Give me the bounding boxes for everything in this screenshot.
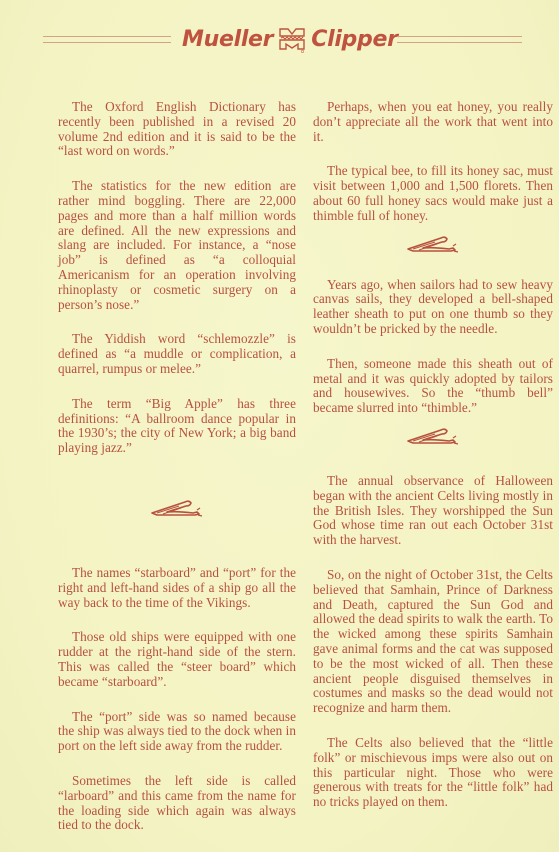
brand-title: Mueller Clipper — [182, 22, 398, 56]
paragraph-big-apple: The term “Big Apple” has three definitio… — [58, 397, 296, 456]
paragraph-schlemozzle: The Yiddish word “schlemozzle” is define… — [58, 332, 296, 376]
paragraph-bee-florets: The typical bee, to fill its honey sac, … — [313, 164, 553, 223]
alligator-clip-icon — [149, 498, 205, 518]
header-rule-left — [43, 36, 171, 43]
right-column: Perhaps, when you eat honey, you really … — [313, 100, 553, 830]
paragraph-samhain: So, on the night of October 31st, the Ce… — [313, 568, 553, 716]
paragraph-port-side: The “port” side was so named because the… — [58, 710, 296, 754]
paragraph-thimble: Then, someone made this sheath out of me… — [313, 357, 553, 416]
alligator-clip-icon — [405, 234, 461, 254]
ornament-divider — [58, 498, 296, 532]
paragraph-starboard-port: The names “starboard” and “port” for the… — [58, 566, 296, 610]
newsletter-page: Mueller Clipper The Oxford English Dicti… — [0, 0, 559, 852]
paragraph-honey-intro: Perhaps, when you eat honey, you really … — [313, 100, 553, 144]
header-rule-right — [397, 36, 522, 43]
paragraph-oed-statistics: The statistics for the new edition are r… — [58, 179, 296, 312]
paragraph-little-folk: The Celts also believed that the “little… — [313, 736, 553, 810]
paragraph-halloween-origin: The annual observance of Halloween began… — [313, 474, 553, 548]
mueller-clip-logo-icon — [279, 27, 305, 53]
ornament-divider — [313, 234, 553, 268]
ornament-divider — [313, 426, 553, 460]
alligator-clip-icon — [405, 426, 461, 446]
paragraph-sailors-sheath: Years ago, when sailors had to sew heavy… — [313, 278, 553, 337]
paragraph-steer-board: Those old ships were equipped with one r… — [58, 630, 296, 689]
paragraph-larboard: Sometimes the left side is called “larbo… — [58, 774, 296, 833]
masthead: Mueller Clipper — [0, 20, 559, 60]
brand-name-left: Mueller — [182, 27, 273, 52]
brand-name-right: Clipper — [311, 27, 397, 52]
paragraph-oed-intro: The Oxford English Dictionary has recent… — [58, 100, 296, 159]
left-column: The Oxford English Dictionary has recent… — [58, 100, 296, 852]
